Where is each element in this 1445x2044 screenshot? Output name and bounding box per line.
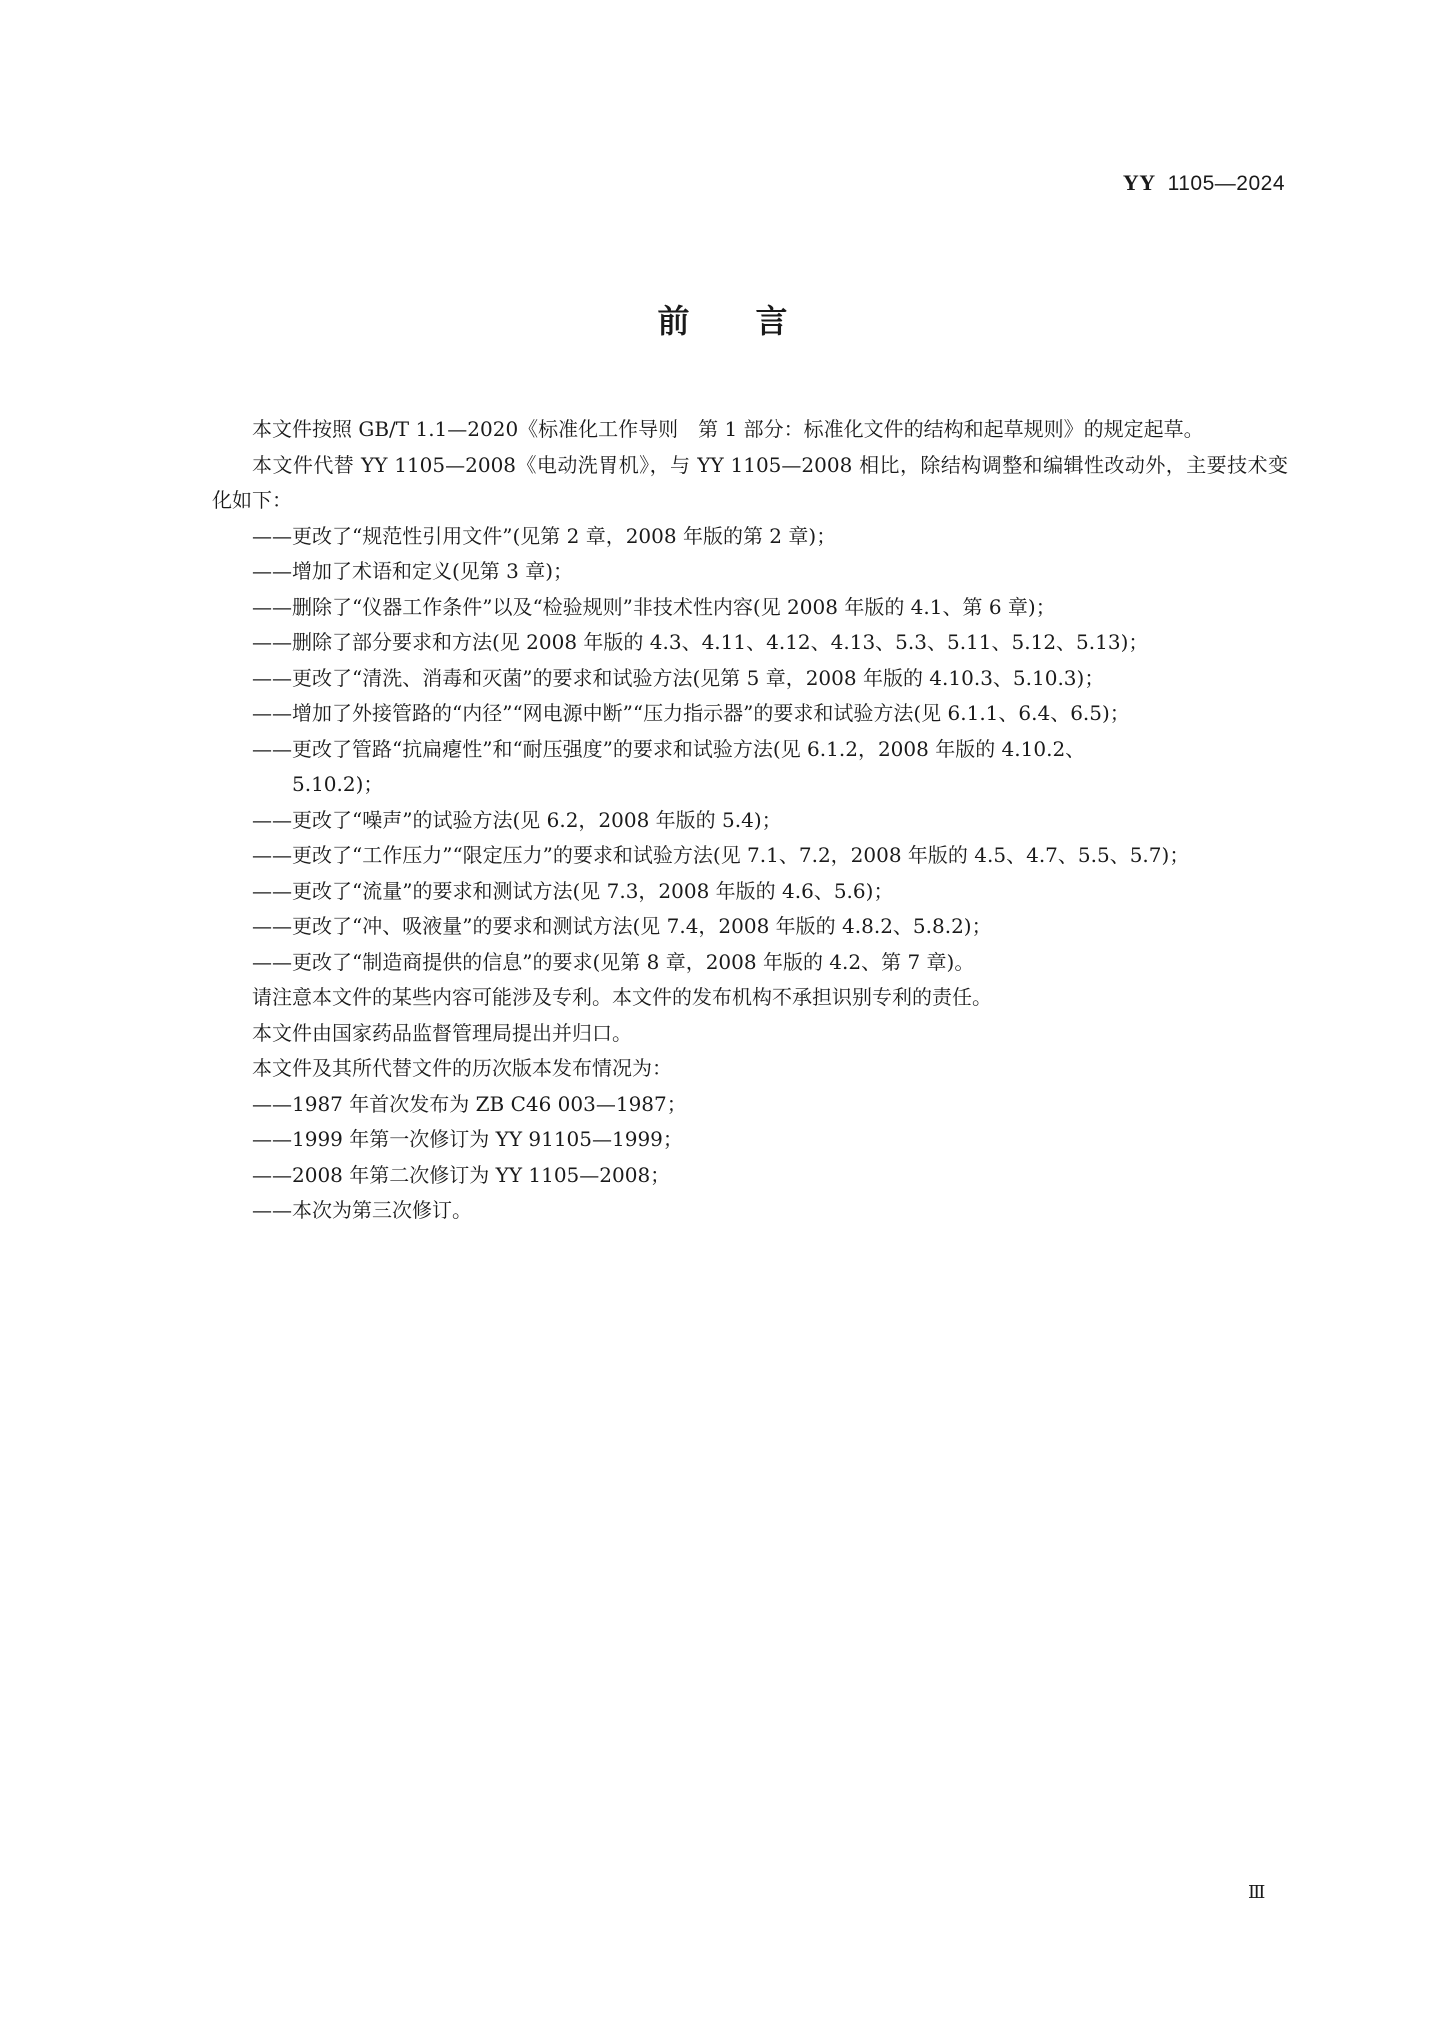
list-item-continuation: 5.10.2)； xyxy=(252,767,1288,803)
change-text: 删除了部分要求和方法(见 2008 年版的 4.3、4.11、4.12、4.13… xyxy=(292,630,1148,654)
change-text: 更改了“规范性引用文件”(见第 2 章，2008 年版的第 2 章)； xyxy=(292,524,836,548)
list-item: ——删除了“仪器工作条件”以及“检验规则”非技术性内容(见 2008 年版的 4… xyxy=(252,590,1288,626)
dash-bullet: —— xyxy=(252,625,292,661)
dash-bullet: —— xyxy=(252,590,292,626)
dash-bullet: —— xyxy=(252,1087,292,1123)
list-item: ——更改了管路“抗扁瘪性”和“耐压强度”的要求和试验方法(见 6.1.2，200… xyxy=(252,732,1288,768)
change-text: 更改了“噪声”的试验方法(见 6.2，2008 年版的 5.4)； xyxy=(292,808,782,832)
history-text: 1999 年第一次修订为 YY 91105—1999； xyxy=(292,1127,683,1151)
change-text: 更改了管路“抗扁瘪性”和“耐压强度”的要求和试验方法(见 6.1.2，2008 … xyxy=(292,737,1085,761)
dash-bullet: —— xyxy=(252,1158,292,1194)
proposer-statement: 本文件由国家药品监督管理局提出并归口。 xyxy=(212,1016,1288,1052)
list-item: ——更改了“冲、吸液量”的要求和测试方法(见 7.4，2008 年版的 4.8.… xyxy=(252,909,1288,945)
version-history-list: ——1987 年首次发布为 ZB C46 003—1987； ——1999 年第… xyxy=(212,1087,1288,1229)
list-item: ——增加了术语和定义(见第 3 章)； xyxy=(252,554,1288,590)
change-text: 更改了“工作压力”“限定压力”的要求和试验方法(见 7.1、7.2，2008 年… xyxy=(292,843,1189,867)
page-number: Ⅲ xyxy=(1248,1882,1264,1903)
list-item: ——1999 年第一次修订为 YY 91105—1999； xyxy=(252,1122,1288,1158)
list-item: ——本次为第三次修订。 xyxy=(252,1193,1288,1229)
change-text: 增加了术语和定义(见第 3 章)； xyxy=(292,559,573,583)
history-text: 本次为第三次修订。 xyxy=(292,1198,472,1222)
standard-code: YY1105—2024 xyxy=(1123,170,1285,196)
change-text: 更改了“清洗、消毒和灭菌”的要求和试验方法(见第 5 章，2008 年版的 4.… xyxy=(292,666,1104,690)
dash-bullet: —— xyxy=(252,909,292,945)
list-item: ——删除了部分要求和方法(见 2008 年版的 4.3、4.11、4.12、4.… xyxy=(252,625,1288,661)
list-item: ——2008 年第二次修订为 YY 1105—2008； xyxy=(252,1158,1288,1194)
dash-bullet: —— xyxy=(252,732,292,768)
list-item: ——更改了“噪声”的试验方法(见 6.2，2008 年版的 5.4)； xyxy=(252,803,1288,839)
history-text: 1987 年首次发布为 ZB C46 003—1987； xyxy=(292,1092,687,1116)
dash-bullet: —— xyxy=(252,696,292,732)
dash-bullet: —— xyxy=(252,1122,292,1158)
change-text: 更改了“流量”的要求和测试方法(见 7.3，2008 年版的 4.6、5.6)； xyxy=(292,879,893,903)
technical-changes-list: ——更改了“规范性引用文件”(见第 2 章，2008 年版的第 2 章)； ——… xyxy=(212,519,1288,981)
change-text: 增加了外接管路的“内径”“网电源中断”“压力指示器”的要求和试验方法(见 6.1… xyxy=(292,701,1130,725)
dash-bullet: —— xyxy=(252,519,292,555)
foreword-body: 本文件按照 GB/T 1.1—2020《标准化工作导则 第 1 部分：标准化文件… xyxy=(212,412,1288,1229)
patent-notice: 请注意本文件的某些内容可能涉及专利。本文件的发布机构不承担识别专利的责任。 xyxy=(212,980,1288,1016)
dash-bullet: —— xyxy=(252,874,292,910)
list-item: ——更改了“清洗、消毒和灭菌”的要求和试验方法(见第 5 章，2008 年版的 … xyxy=(252,661,1288,697)
dash-bullet: —— xyxy=(252,554,292,590)
history-text: 2008 年第二次修订为 YY 1105—2008； xyxy=(292,1163,670,1187)
list-item: ——更改了“制造商提供的信息”的要求(见第 8 章，2008 年版的 4.2、第… xyxy=(252,945,1288,981)
standard-prefix: YY xyxy=(1123,170,1156,195)
change-text: 更改了“冲、吸液量”的要求和测试方法(见 7.4，2008 年版的 4.8.2、… xyxy=(292,914,992,938)
list-item: ——更改了“流量”的要求和测试方法(见 7.3，2008 年版的 4.6、5.6… xyxy=(252,874,1288,910)
history-intro: 本文件及其所代替文件的历次版本发布情况为： xyxy=(212,1051,1288,1087)
list-item: ——更改了“规范性引用文件”(见第 2 章，2008 年版的第 2 章)； xyxy=(252,519,1288,555)
list-item: ——更改了“工作压力”“限定压力”的要求和试验方法(见 7.1、7.2，2008… xyxy=(252,838,1288,874)
page-title: 前言 xyxy=(0,296,1445,342)
list-item: ——1987 年首次发布为 ZB C46 003—1987； xyxy=(252,1087,1288,1123)
list-item: ——增加了外接管路的“内径”“网电源中断”“压力指示器”的要求和试验方法(见 6… xyxy=(252,696,1288,732)
standard-number: 1105—2024 xyxy=(1168,172,1285,195)
dash-bullet: —— xyxy=(252,1193,292,1229)
change-text: 删除了“仪器工作条件”以及“检验规则”非技术性内容(见 2008 年版的 4.1… xyxy=(292,595,1056,619)
change-text: 更改了“制造商提供的信息”的要求(见第 8 章，2008 年版的 4.2、第 7… xyxy=(292,950,974,974)
dash-bullet: —— xyxy=(252,945,292,981)
dash-bullet: —— xyxy=(252,803,292,839)
drafting-rule-paragraph: 本文件按照 GB/T 1.1—2020《标准化工作导则 第 1 部分：标准化文件… xyxy=(212,412,1288,448)
replacement-paragraph: 本文件代替 YY 1105—2008《电动洗胃机》，与 YY 1105—2008… xyxy=(212,448,1288,519)
dash-bullet: —— xyxy=(252,661,292,697)
dash-bullet: —— xyxy=(252,838,292,874)
